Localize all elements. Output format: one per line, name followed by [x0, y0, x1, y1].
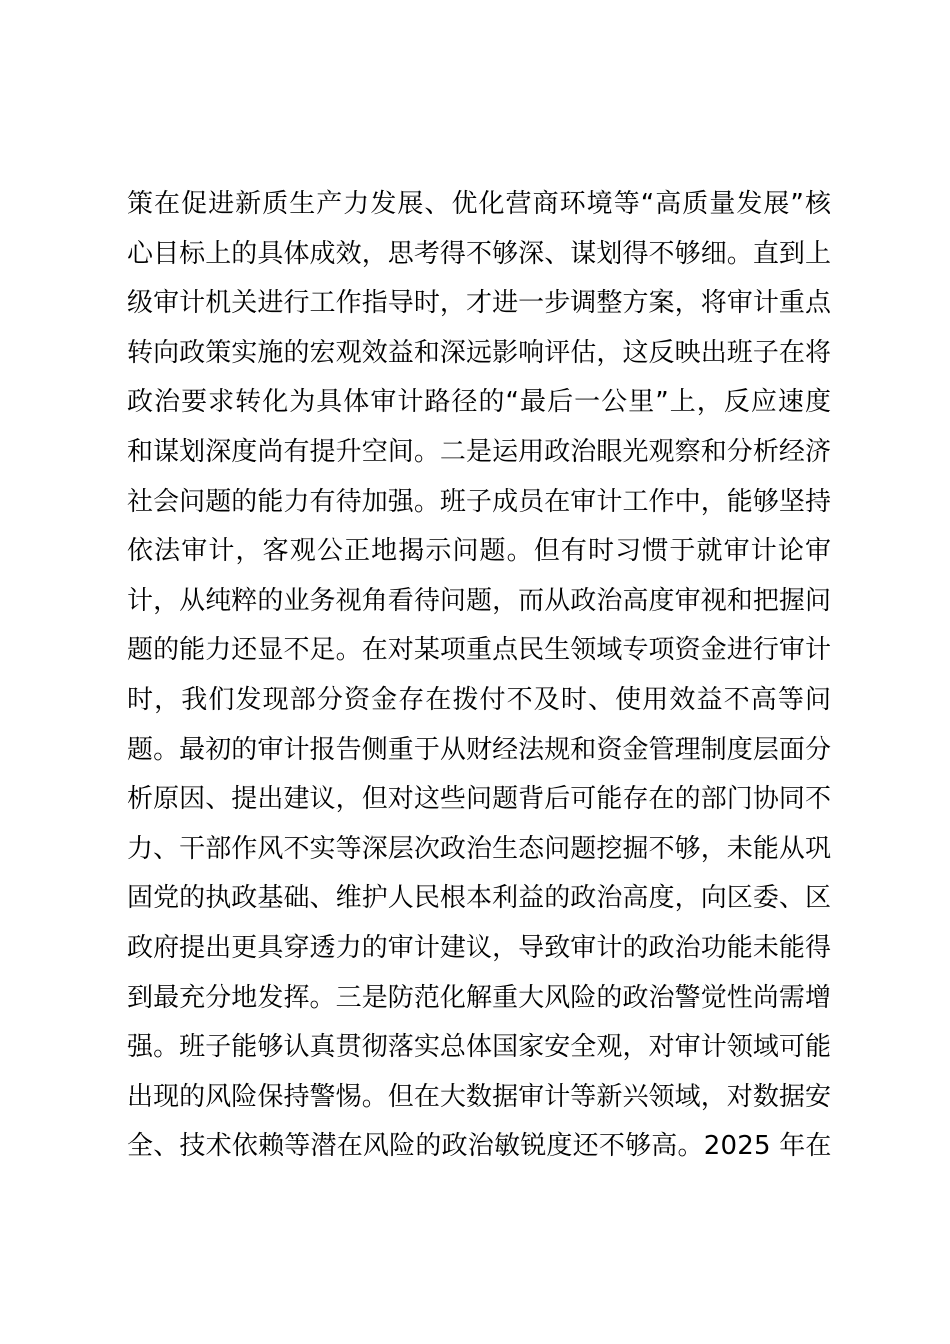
text-line: 政府提出更具穿透力的审计建议，导致审计的政治功能未能得	[127, 924, 831, 974]
text-line: 时，我们发现部分资金存在拨付不及时、使用效益不高等问	[127, 676, 831, 726]
text-line: 社会问题的能力有待加强。班子成员在审计工作中，能够坚持	[127, 478, 831, 528]
text-line: 力、干部作风不实等深层次政治生态问题挖掘不够，未能从巩	[127, 825, 831, 875]
text-line: 政治要求转化为具体审计路径的“最后一公里”上，反应速度	[127, 378, 831, 428]
text-line: 和谋划深度尚有提升空间。二是运用政治眼光观察和分析经济	[127, 428, 831, 478]
text-line: 题。最初的审计报告侧重于从财经法规和资金管理制度层面分	[127, 726, 831, 776]
text-line: 计，从纯粹的业务视角看待问题，而从政治高度审视和把握问	[127, 577, 831, 627]
text-line: 固党的执政基础、维护人民根本利益的政治高度，向区委、区	[127, 874, 831, 924]
body-paragraph: 策在促进新质生产力发展、优化营商环境等“高质量发展”核 心目标上的具体成效，思考…	[127, 180, 831, 1172]
text-line: 题的能力还显不足。在对某项重点民生领域专项资金进行审计	[127, 626, 831, 676]
text-line: 依法审计，客观公正地揭示问题。但有时习惯于就审计论审	[127, 527, 831, 577]
text-line: 到最充分地发挥。三是防范化解重大风险的政治警觉性尚需增	[127, 974, 831, 1024]
text-line: 心目标上的具体成效，思考得不够深、谋划得不够细。直到上	[127, 230, 831, 280]
text-line: 全、技术依赖等潜在风险的政治敏锐度还不够高。2025 年在	[127, 1122, 831, 1172]
text-line: 析原因、提出建议，但对这些问题背后可能存在的部门协同不	[127, 775, 831, 825]
text-line: 策在促进新质生产力发展、优化营商环境等“高质量发展”核	[127, 180, 831, 230]
text-line: 级审计机关进行工作指导时，才进一步调整方案，将审计重点	[127, 279, 831, 329]
text-line: 转向政策实施的宏观效益和深远影响评估，这反映出班子在将	[127, 329, 831, 379]
text-line: 出现的风险保持警惕。但在大数据审计等新兴领域，对数据安	[127, 1073, 831, 1123]
text-line: 强。班子能够认真贯彻落实总体国家安全观，对审计领域可能	[127, 1023, 831, 1073]
document-page: 策在促进新质生产力发展、优化营商环境等“高质量发展”核 心目标上的具体成效，思考…	[0, 0, 950, 1344]
